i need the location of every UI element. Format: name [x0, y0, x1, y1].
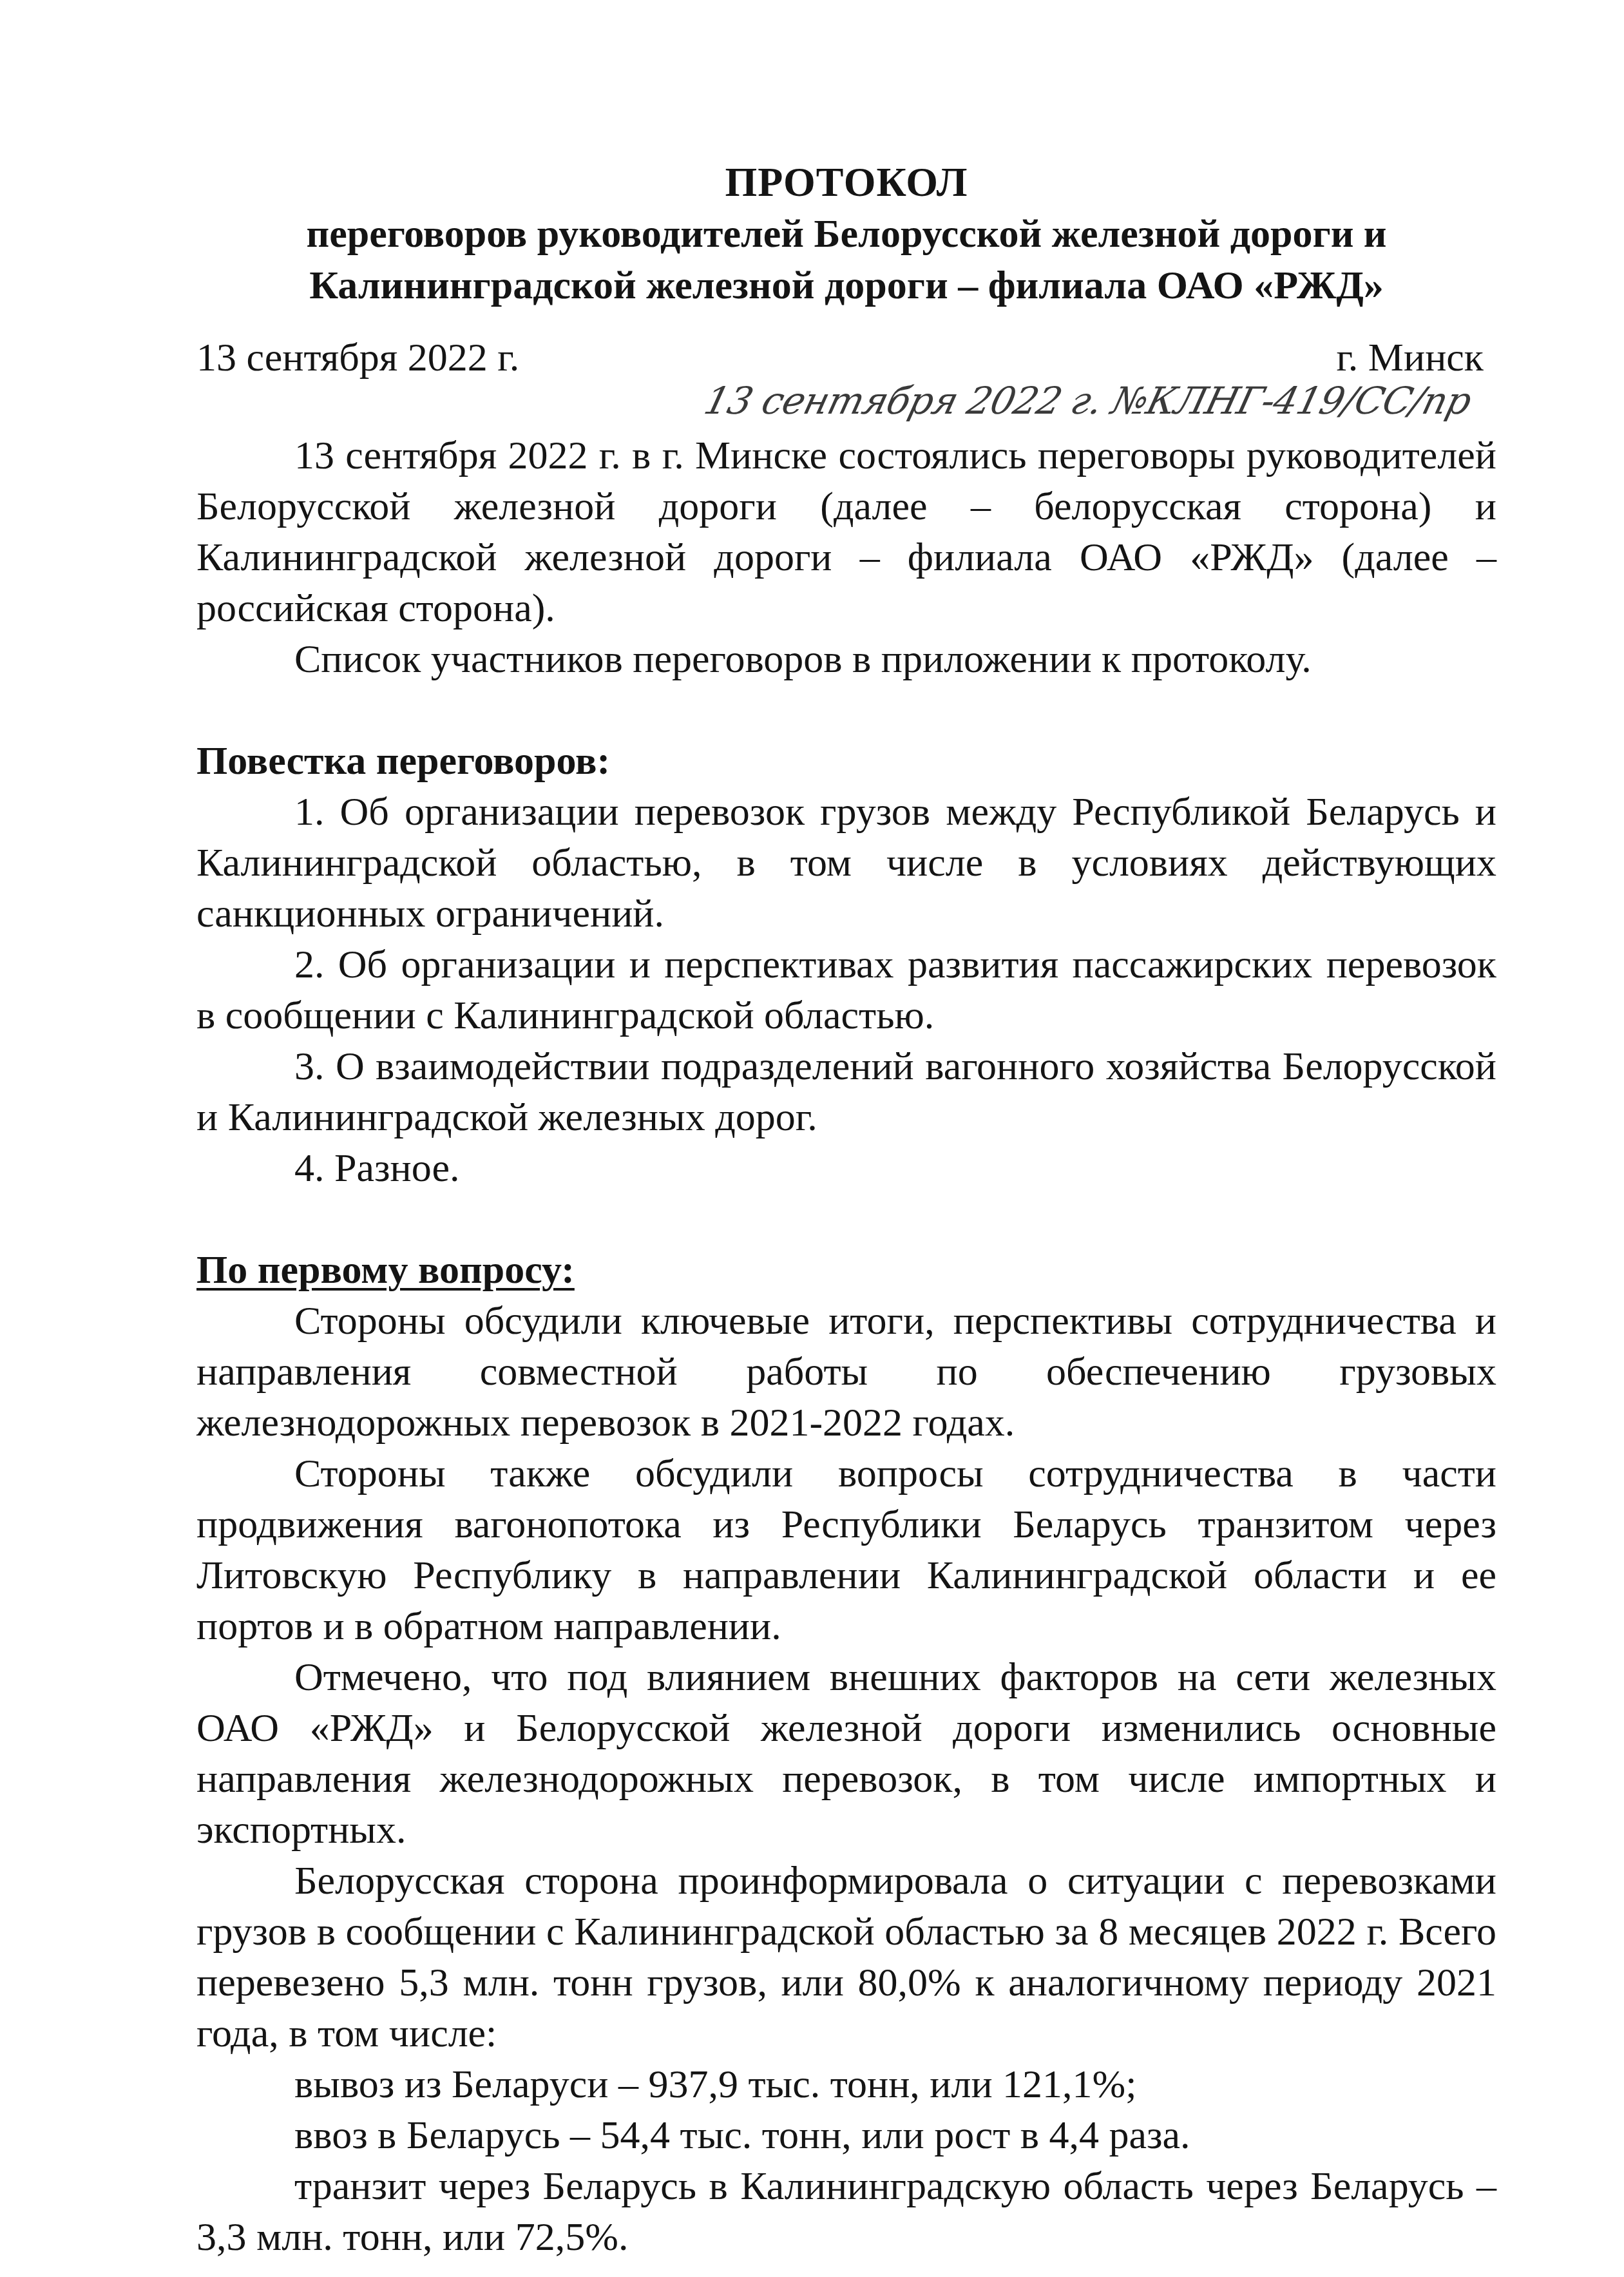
agenda-item-3: 3. О взаимодействии подразделений вагонн…	[196, 1041, 1496, 1143]
document-date: 13 сентября 2022 г.	[196, 332, 519, 383]
document-subtitle-line-1: переговоров руководителей Белорусской же…	[196, 208, 1496, 260]
breakdown-import: ввоз в Беларусь – 54,4 тыс. тонн, или ро…	[196, 2110, 1496, 2161]
handwritten-registration-number: 13 сентября 2022 г. №КЛНГ-419/СС/пр	[700, 379, 1476, 423]
agenda-item-4: 4. Разное.	[196, 1143, 1496, 1194]
document-city: г. Минск	[1336, 332, 1496, 383]
agenda-heading: Повестка переговоров:	[196, 736, 1496, 787]
first-question-paragraph-1: Стороны обсудили ключевые итоги, перспек…	[196, 1296, 1496, 1448]
spacer	[196, 685, 1496, 736]
agenda-item-1: 1. Об организации перевозок грузов между…	[196, 787, 1496, 939]
document-subtitle-line-2: Калининградской железной дороги – филиал…	[196, 260, 1496, 311]
date-place-line: 13 сентября 2022 г. г. Минск	[196, 332, 1496, 383]
participants-note: Список участников переговоров в приложен…	[196, 634, 1496, 685]
document-header: ПРОТОКОЛ переговоров руководителей Белор…	[196, 157, 1496, 311]
breakdown-transit: транзит через Беларусь в Калининградскую…	[196, 2161, 1496, 2263]
spacer	[196, 1194, 1496, 1245]
breakdown-export: вывоз из Беларуси – 937,9 тыс. тонн, или…	[196, 2059, 1496, 2110]
first-question-paragraph-3: Отмечено, что под влиянием внешних факто…	[196, 1652, 1496, 1856]
intro-paragraph: 13 сентября 2022 г. в г. Минске состояли…	[196, 430, 1496, 634]
agenda-item-2: 2. Об организации и перспективах развити…	[196, 939, 1496, 1041]
first-question-paragraph-4: Белорусская сторона проинформировала о с…	[196, 1856, 1496, 2059]
document-title: ПРОТОКОЛ	[196, 157, 1496, 208]
first-question-paragraph-2: Стороны также обсудили вопросы сотруднич…	[196, 1448, 1496, 1652]
document-body: 13 сентября 2022 г. в г. Минске состояли…	[196, 430, 1496, 2263]
first-question-heading: По первому вопросу:	[196, 1245, 1496, 1296]
